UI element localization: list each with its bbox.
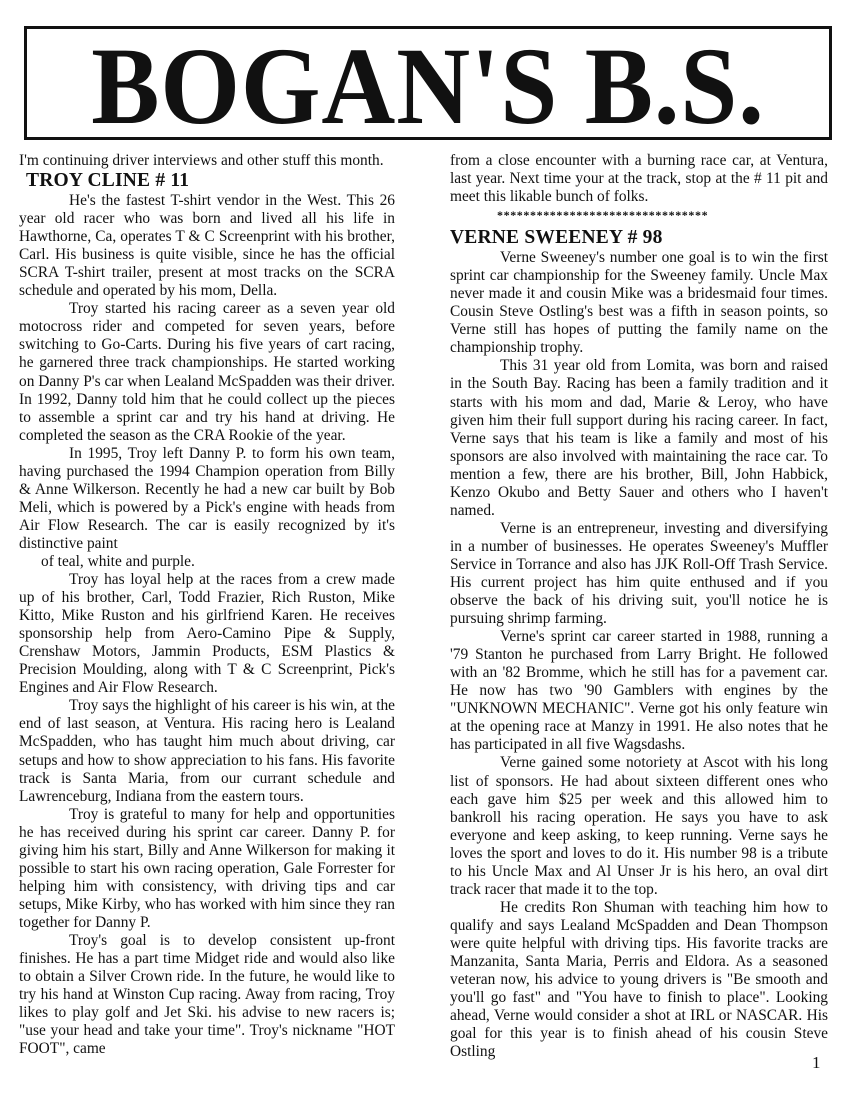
article-heading-troy-cline: TROY CLINE # 11 [19,170,395,192]
paragraph: Troy says the highlight of his career is… [19,697,395,805]
paragraph: He credits Ron Shuman with teaching him … [450,899,828,1061]
left-column: I'm continuing driver interviews and oth… [19,152,395,1058]
section-separator: ******************************** [450,206,828,224]
paragraph: In 1995, Troy left Danny P. to form his … [19,445,395,553]
paragraph: Troy is grateful to many for help and op… [19,806,395,932]
article-heading-verne-sweeney: VERNE SWEENEY # 98 [450,227,828,249]
paragraph: Verne is an entrepreneur, investing and … [450,520,828,628]
intro-text: I'm continuing driver interviews and oth… [19,152,395,170]
paragraph: This 31 year old from Lomita, was born a… [450,357,828,519]
paragraph: of teal, white and purple. [19,553,395,571]
right-column: from a close encounter with a burning ra… [450,152,828,1061]
paragraph: Troy started his racing career as a seve… [19,300,395,444]
paragraph: Verne gained some notoriety at Ascot wit… [450,754,828,898]
paragraph: Troy has loyal help at the races from a … [19,571,395,697]
masthead-title: BOGAN'S B.S. [55,27,801,145]
paragraph: Verne's sprint car career started in 198… [450,628,828,754]
paragraph: Troy's goal is to develop consistent up-… [19,932,395,1058]
paragraph: Verne Sweeney's number one goal is to wi… [450,249,828,357]
page-number: 1 [812,1053,821,1073]
masthead-box: BOGAN'S B.S. [24,26,832,140]
continuation-text: from a close encounter with a burning ra… [450,152,828,206]
paragraph: He's the fastest T-shirt vendor in the W… [19,192,395,300]
